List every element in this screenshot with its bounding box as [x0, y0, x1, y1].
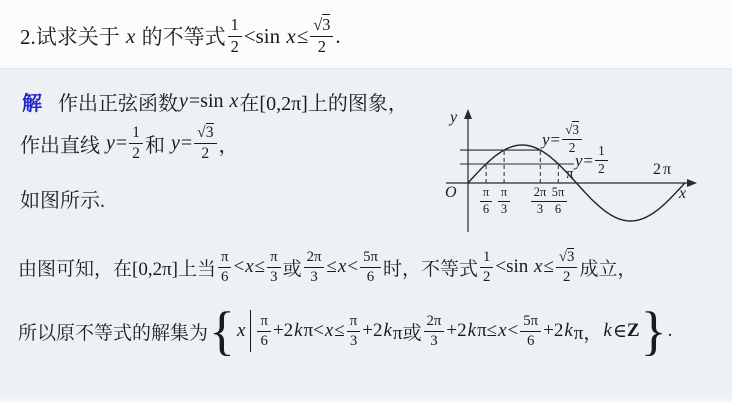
fraction: 12 — [595, 144, 608, 177]
fraction: π3 — [267, 249, 280, 285]
math-token: π< — [304, 320, 324, 342]
math-token: ， — [219, 129, 239, 158]
math-token: 如图所示. — [20, 184, 105, 213]
fraction: 12 — [480, 249, 493, 285]
fraction: π6 — [257, 313, 270, 349]
math-token: ≤ — [543, 256, 553, 278]
math-token: k — [563, 320, 573, 342]
math-token: 作出直线 — [20, 129, 105, 158]
set-builder-bar — [250, 310, 251, 352]
fraction: 2π3 — [424, 313, 445, 349]
math-token: +2 — [446, 320, 466, 342]
fraction: π6 — [218, 249, 231, 285]
math-token: x — [236, 320, 246, 342]
math-token: = — [116, 132, 127, 155]
math-token: ∈ — [613, 320, 627, 343]
math-token: 作出正弦函数 — [58, 87, 178, 116]
math-token: k — [293, 320, 303, 342]
math-token: x — [324, 320, 334, 342]
math-token: 的不等式 — [136, 21, 225, 51]
math-token: ≤ — [297, 24, 309, 49]
math-token: = — [584, 152, 594, 169]
math-token: 和 — [145, 129, 170, 158]
math-token: y — [574, 152, 584, 169]
math-token: +2 — [543, 320, 563, 342]
math-token: π， — [574, 318, 603, 345]
math-token: π≤ — [477, 320, 497, 342]
hline-label-one-half: y=12 — [574, 145, 610, 175]
fraction: 2π3 — [304, 249, 325, 285]
math-token: . — [668, 320, 673, 342]
fraction: √32 — [310, 16, 333, 56]
math-token: 或 — [283, 254, 302, 281]
math-token: x — [337, 256, 347, 278]
math-token: 在[0,2π]上的图象， — [239, 87, 407, 116]
question-line: 2.试求关于 x 的不等式12<sin x≤√32. — [20, 8, 341, 64]
two-pi-tick-label: 2π — [653, 162, 673, 178]
fraction: 5π6 — [360, 249, 381, 285]
fraction: π3 — [498, 186, 510, 217]
math-token: x — [125, 24, 136, 49]
math-token: Z — [627, 320, 640, 342]
x-tick-label: π3 — [490, 186, 518, 217]
math-token: = — [551, 131, 561, 148]
math-token: <sin — [495, 256, 533, 278]
math-token: <sin — [244, 24, 286, 49]
y-axis-label: y — [450, 110, 457, 126]
math-token: 所以原不等式的解集为 — [18, 318, 208, 345]
math-token: 2.试求关于 — [20, 21, 125, 51]
radical-sign: √ — [197, 124, 206, 141]
math-token: x — [229, 90, 240, 113]
math-token: x — [497, 320, 507, 342]
x-axis-arrow — [687, 179, 697, 187]
fraction: √32 — [556, 249, 578, 285]
solution-line-4: 由图可知，在[0,2π]上当π6<x≤π3或2π3≤x<5π6时，不等式12<s… — [18, 238, 636, 296]
math-token: k — [602, 320, 612, 342]
solution-line-5: 所以原不等式的解集为{xπ6+2kπ<x≤π3+2kπ或2π3+2kπ≤x<5π… — [18, 300, 672, 362]
math-token: +2 — [273, 320, 293, 342]
math-token: . — [335, 24, 340, 49]
math-token: ≤ — [326, 256, 336, 278]
fraction: √32 — [194, 124, 216, 162]
math-token: π或 — [393, 318, 422, 345]
math-token: y — [541, 131, 551, 148]
math-token: k — [467, 320, 477, 342]
math-token: x — [244, 256, 254, 278]
math-token: ≤ — [255, 256, 265, 278]
radical-sign: √ — [559, 249, 567, 265]
fraction: π3 — [347, 313, 360, 349]
fraction: 12 — [129, 124, 143, 162]
math-token: = — [181, 132, 192, 155]
solution-line-3: 如图所示. — [20, 184, 105, 212]
y-axis-arrow — [464, 109, 472, 119]
math-token: y — [178, 90, 189, 113]
math-token: =sin — [189, 90, 229, 113]
fraction: 5π6 — [520, 313, 541, 349]
math-token: 时，不等式 — [383, 254, 478, 281]
math-token: < — [233, 256, 244, 278]
math-token: y — [170, 132, 181, 155]
fraction: 5π6 — [549, 186, 568, 217]
solution-line-2: 作出直线 y=12和 y=√32， — [20, 118, 239, 168]
math-token: y — [105, 132, 116, 155]
fraction: 12 — [228, 16, 242, 56]
math-token: x — [285, 24, 296, 49]
radical-sign: √ — [313, 15, 322, 34]
math-token: +2 — [362, 320, 382, 342]
solution-label: 解 — [22, 87, 42, 116]
solution-line-1: 解作出正弦函数y=sin x在[0,2π]上的图象， — [22, 84, 408, 118]
math-token: k — [382, 320, 392, 342]
sine-graph-figure: y O π 2π x y=√32 y=12 π6π32π35π6 — [438, 100, 730, 242]
math-token: ≤ — [334, 320, 344, 342]
math-token: x — [533, 256, 543, 278]
origin-label: O — [445, 185, 457, 201]
math-solution-page: 2.试求关于 x 的不等式12<sin x≤√32. 解作出正弦函数y=sin … — [0, 0, 732, 402]
math-token: 成立， — [579, 254, 636, 281]
math-token: 由图可知，在[0,2π]上当 — [18, 254, 216, 281]
x-tick-label: 5π6 — [544, 186, 572, 217]
pi-tick-label: π — [566, 167, 574, 182]
math-token: < — [508, 320, 519, 342]
x-axis-label: x — [679, 186, 686, 202]
math-token: < — [347, 256, 358, 278]
